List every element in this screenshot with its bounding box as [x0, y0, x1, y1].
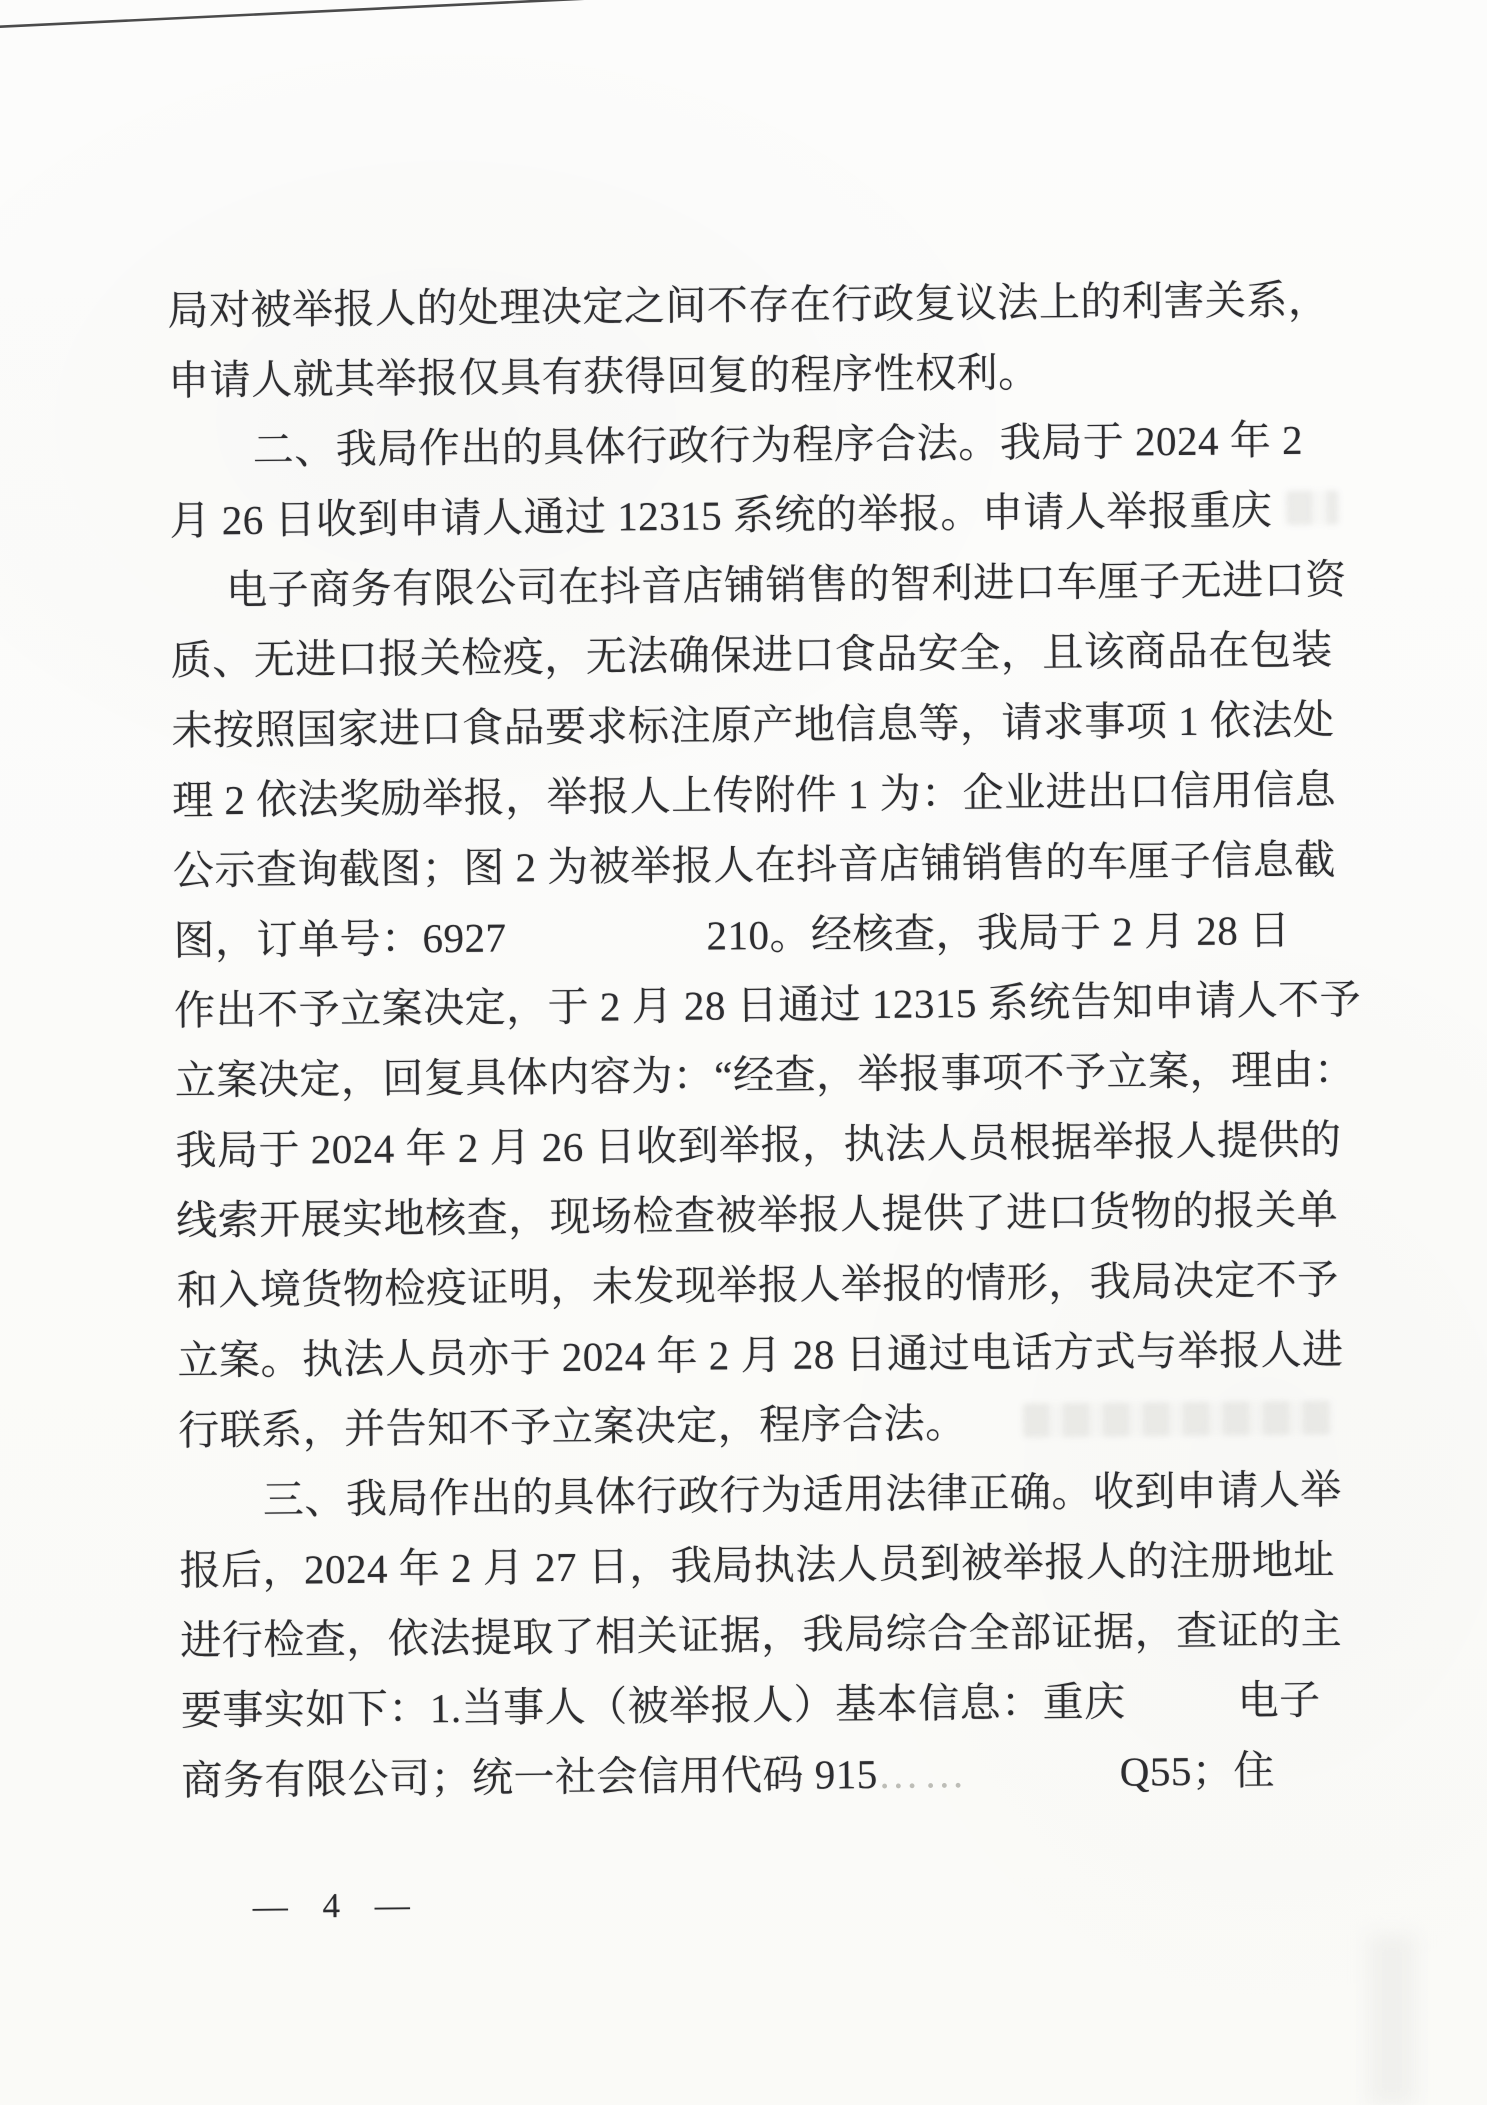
- text-segment: 局对被举报人的处理决定之间不存在行政复议法上的利害关系，: [167, 277, 1329, 334]
- text-segment: 月 26 日收到申请人通过 12315 系统的举报。申请人举报重庆: [169, 487, 1272, 544]
- text-line: 线索开展实地核查，现场检查被举报人提供了进口货物的报关单: [176, 1174, 1357, 1255]
- document-text: 局对被举报人的处理决定之间不存在行政复议法上的利害关系，申请人就其举报仅具有获得…: [167, 264, 1362, 1815]
- text-line: 未按照国家进口食品要求标注原产地信息等，请求事项 1 依法处: [171, 684, 1352, 765]
- text-segment: 三、我局作出的具体行政行为适用法律正确。收到申请人举: [263, 1466, 1342, 1522]
- text-line: 立案决定，回复具体内容为：“经查，举报事项不予立案，理由：: [174, 1034, 1355, 1115]
- text-line: 电子商务有限公司在抖音店铺销售的智利进口车厘子无进口资: [170, 544, 1351, 625]
- text-segment: 和入境货物检疫证明，未发现举报人举报的情形，我局决定不予: [177, 1257, 1339, 1314]
- text-segment: 线索开展实地核查，现场检查被举报人提供了进口货物的报关单: [176, 1187, 1338, 1244]
- text-segment: 质、无进口报关检疫，无法确保进口食品安全，且该商品在包装: [171, 627, 1333, 684]
- text-line: 我局于 2024 年 2 月 26 日收到举报，执法人员根据举报人提供的: [175, 1104, 1356, 1185]
- text-segment: 申请人就其举报仅具有获得回复的程序性权利。: [168, 349, 1040, 403]
- redaction-gap: [967, 1435, 1023, 1438]
- redaction-gap: [507, 948, 707, 952]
- document-body: 局对被举报人的处理决定之间不存在行政复议法上的利害关系，申请人就其举报仅具有获得…: [167, 264, 1363, 1927]
- text-line: 进行检查，依法提取了相关证据，我局综合全部证据，查证的主: [180, 1594, 1361, 1675]
- text-line: 报后，2024 年 2 月 27 日，我局执法人员到被举报人的注册地址: [179, 1524, 1360, 1605]
- text-line: 月 26 日收到申请人通过 12315 系统的举报。申请人举报重庆: [169, 474, 1350, 555]
- text-line: 要事实如下：1.当事人（被举报人）基本信息：重庆电子: [181, 1664, 1362, 1745]
- text-line: 作出不予立案决定，于 2 月 28 日通过 12315 系统告知申请人不予: [174, 964, 1355, 1045]
- text-segment: 电子: [1237, 1677, 1320, 1724]
- redaction-gap: [1273, 522, 1287, 524]
- text-line: 二、我局作出的具体行政行为程序合法。我局于 2024 年 2: [168, 404, 1349, 485]
- scan-streak-artifact: [1369, 1935, 1415, 2105]
- text-segment: 二、我局作出的具体行政行为程序合法。我局于 2024 年 2: [253, 417, 1304, 473]
- text-line: 和入境货物检疫证明，未发现举报人举报的情形，我局决定不予: [177, 1244, 1358, 1325]
- text-segment: 作出不予立案决定，于 2 月 28 日通过 12315 系统告知申请人不予: [174, 976, 1361, 1033]
- text-line: 立案。执法人员亦于 2024 年 2 月 28 日通过电话方式与举报人进: [177, 1314, 1358, 1395]
- scanned-document-page: 局对被举报人的处理决定之间不存在行政复议法上的利害关系，申请人就其举报仅具有获得…: [0, 0, 1487, 2105]
- text-segment: 商务有限公司；统一社会信用代码 915: [181, 1751, 878, 1804]
- text-segment: 210。经核查，我局于 2 月 28 日: [706, 907, 1290, 959]
- text-line: 三、我局作出的具体行政行为适用法律正确。收到申请人举: [179, 1454, 1360, 1535]
- text-segment: 电子商务有限公司在抖音店铺销售的智利进口车厘子无进口资: [226, 556, 1347, 613]
- text-segment: 立案决定，回复具体内容为：“经查，举报事项不予立案，理由：: [175, 1046, 1356, 1103]
- text-segment: 行联系，并告知不予立案决定，程序合法。: [178, 1400, 967, 1454]
- redaction-faint-dots: ……: [878, 1750, 970, 1797]
- text-segment: 未按照国家进口食品要求标注原产地信息等，请求事项 1 依法处: [171, 697, 1334, 754]
- text-line: 局对被举报人的处理决定之间不存在行政复议法上的利害关系，: [167, 264, 1348, 345]
- text-segment: 要事实如下：1.当事人（被举报人）基本信息：重庆: [181, 1679, 1126, 1734]
- text-segment: 立案。执法人员亦于 2024 年 2 月 28 日通过电话方式与举报人进: [177, 1326, 1343, 1383]
- page-number: — 4 —: [253, 1876, 1363, 1927]
- text-segment: 理 2 依法奖励举报，举报人上传附件 1 为：企业进出口信用信息: [172, 767, 1336, 824]
- redaction-ghost: [1022, 1400, 1332, 1437]
- text-line: 申请人就其举报仅具有获得回复的程序性权利。: [168, 334, 1349, 415]
- text-line: 图，订单号：6927210。经核查，我局于 2 月 28 日: [173, 894, 1354, 975]
- text-line: 质、无进口报关检疫，无法确保进口食品安全，且该商品在包装: [170, 614, 1351, 695]
- redaction-gap: [1126, 1712, 1238, 1715]
- text-segment: 图，订单号：6927: [173, 914, 506, 963]
- text-line: 行联系，并告知不予立案决定，程序合法。: [178, 1384, 1359, 1465]
- text-line: 商务有限公司；统一社会信用代码 915……Q55；住: [181, 1734, 1362, 1815]
- scan-edge-artifact: [0, 0, 1487, 44]
- text-segment: 进行检查，依法提取了相关证据，我局综合全部证据，查证的主: [180, 1606, 1342, 1663]
- redaction-gap: [970, 1784, 1120, 1787]
- text-segment: 报后，2024 年 2 月 27 日，我局执法人员到被举报人的注册地址: [179, 1537, 1335, 1594]
- text-segment: 公示查询截图；图 2 为被举报人在抖音店铺销售的车厘子信息截: [173, 837, 1336, 894]
- text-line: 理 2 依法奖励举报，举报人上传附件 1 为：企业进出口信用信息: [172, 754, 1353, 835]
- text-segment: 我局于 2024 年 2 月 26 日收到举报，执法人员根据举报人提供的: [175, 1116, 1341, 1173]
- text-line: 公示查询截图；图 2 为被举报人在抖音店铺销售的车厘子信息截: [172, 824, 1353, 905]
- text-segment: Q55；住: [1120, 1747, 1276, 1794]
- redaction-ghost: [1286, 490, 1338, 524]
